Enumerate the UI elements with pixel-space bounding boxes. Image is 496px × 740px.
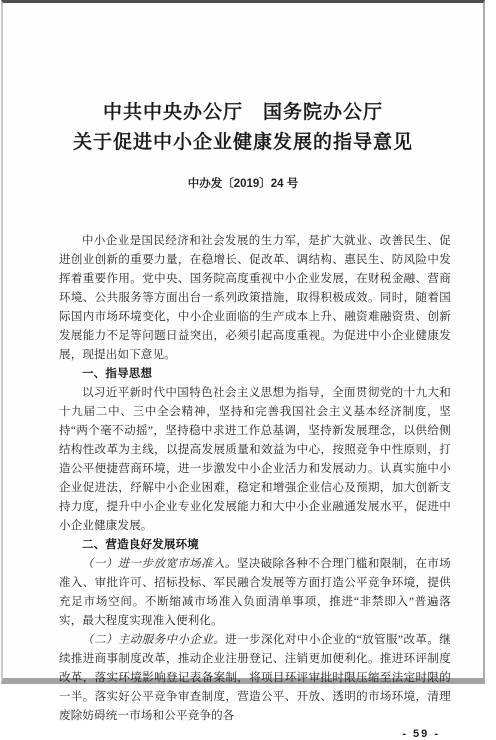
document-number: 中办发〔2019〕24 号: [3, 177, 483, 191]
document-title-line-2: 关于促进中小企业健康发展的指导意见: [3, 128, 483, 158]
document-title-line-1: 中共中央办公厅 国务院办公厅: [3, 98, 483, 128]
section-heading-2: 二、营造良好发展环境: [59, 536, 451, 555]
document-header: 中共中央办公厅 国务院办公厅 关于促进中小企业健康发展的指导意见: [3, 98, 483, 158]
item-2-paragraph: （二）主动服务中小企业。进一步深化对中小企业的“放管服”改革。继续推进商事制度改…: [59, 631, 451, 687]
scanned-document-page: 中共中央办公厅 国务院办公厅 关于促进中小企业健康发展的指导意见 中办发〔201…: [1, 0, 485, 684]
intro-paragraph: 中小企业是国民经济和社会发展的生力军，是扩大就业、改善民生、促进创业创新的重要力…: [59, 232, 451, 365]
section-heading-1: 一、指导思想: [59, 365, 451, 384]
section-1-paragraph: 以习近平新时代中国特色社会主义思想为指导，全面贯彻党的十九大和十九届二中、三中全…: [59, 384, 451, 536]
item-1-paragraph: （一）进一步放宽市场准入。坚决破除各种不合理门槛和限制，在市场准入、审批许可、招…: [59, 555, 451, 631]
document-body: 中小企业是国民经济和社会发展的生力军，是扩大就业、改善民生、促进创业创新的重要力…: [59, 232, 451, 687]
item-1-lead: （一）进一步放宽市场准入。: [82, 558, 237, 570]
item-2-lead: （二）主动服务中小企业。: [82, 634, 225, 646]
